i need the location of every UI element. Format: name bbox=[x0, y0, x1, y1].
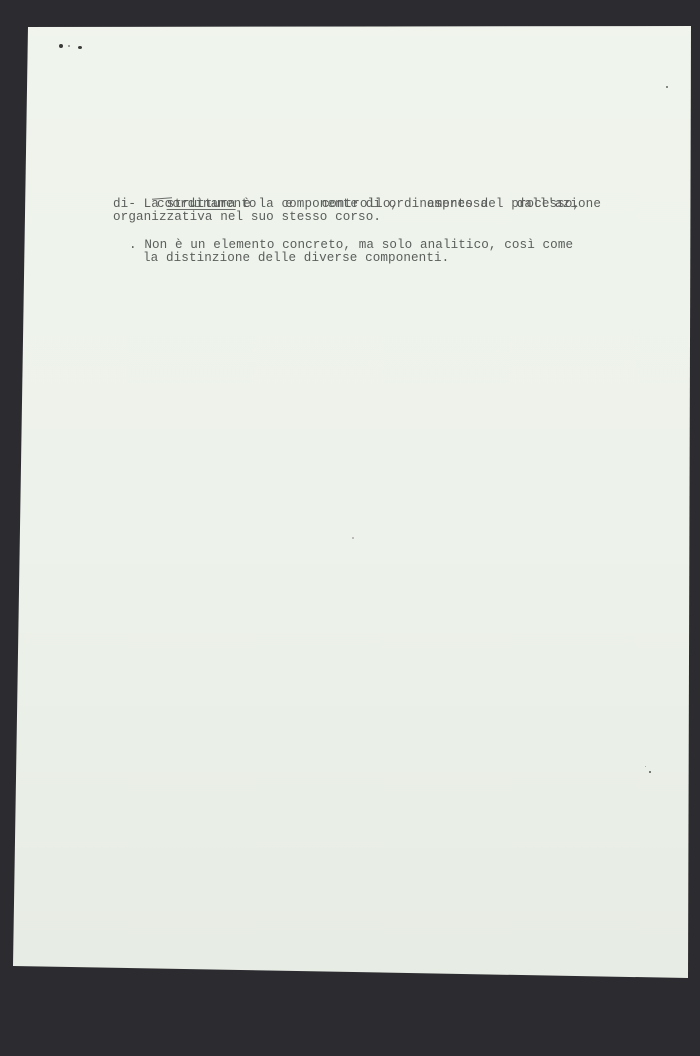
paper-speck bbox=[649, 771, 651, 773]
staple-mark-left bbox=[59, 44, 63, 48]
word: dall'azione bbox=[517, 198, 601, 211]
staple-mark-right bbox=[78, 46, 82, 49]
staple-mark-dot bbox=[68, 45, 70, 47]
paper-sheet bbox=[0, 0, 700, 1056]
paper-speck bbox=[645, 766, 646, 767]
paper-speck bbox=[352, 537, 354, 539]
paragraph-2-line-2: la distinzione delle diverse componenti. bbox=[143, 252, 449, 265]
word: espressa bbox=[427, 198, 488, 211]
paper-speck bbox=[666, 86, 668, 88]
paragraph-1-line-3: organizzativa nel suo stesso corso. bbox=[113, 211, 381, 224]
